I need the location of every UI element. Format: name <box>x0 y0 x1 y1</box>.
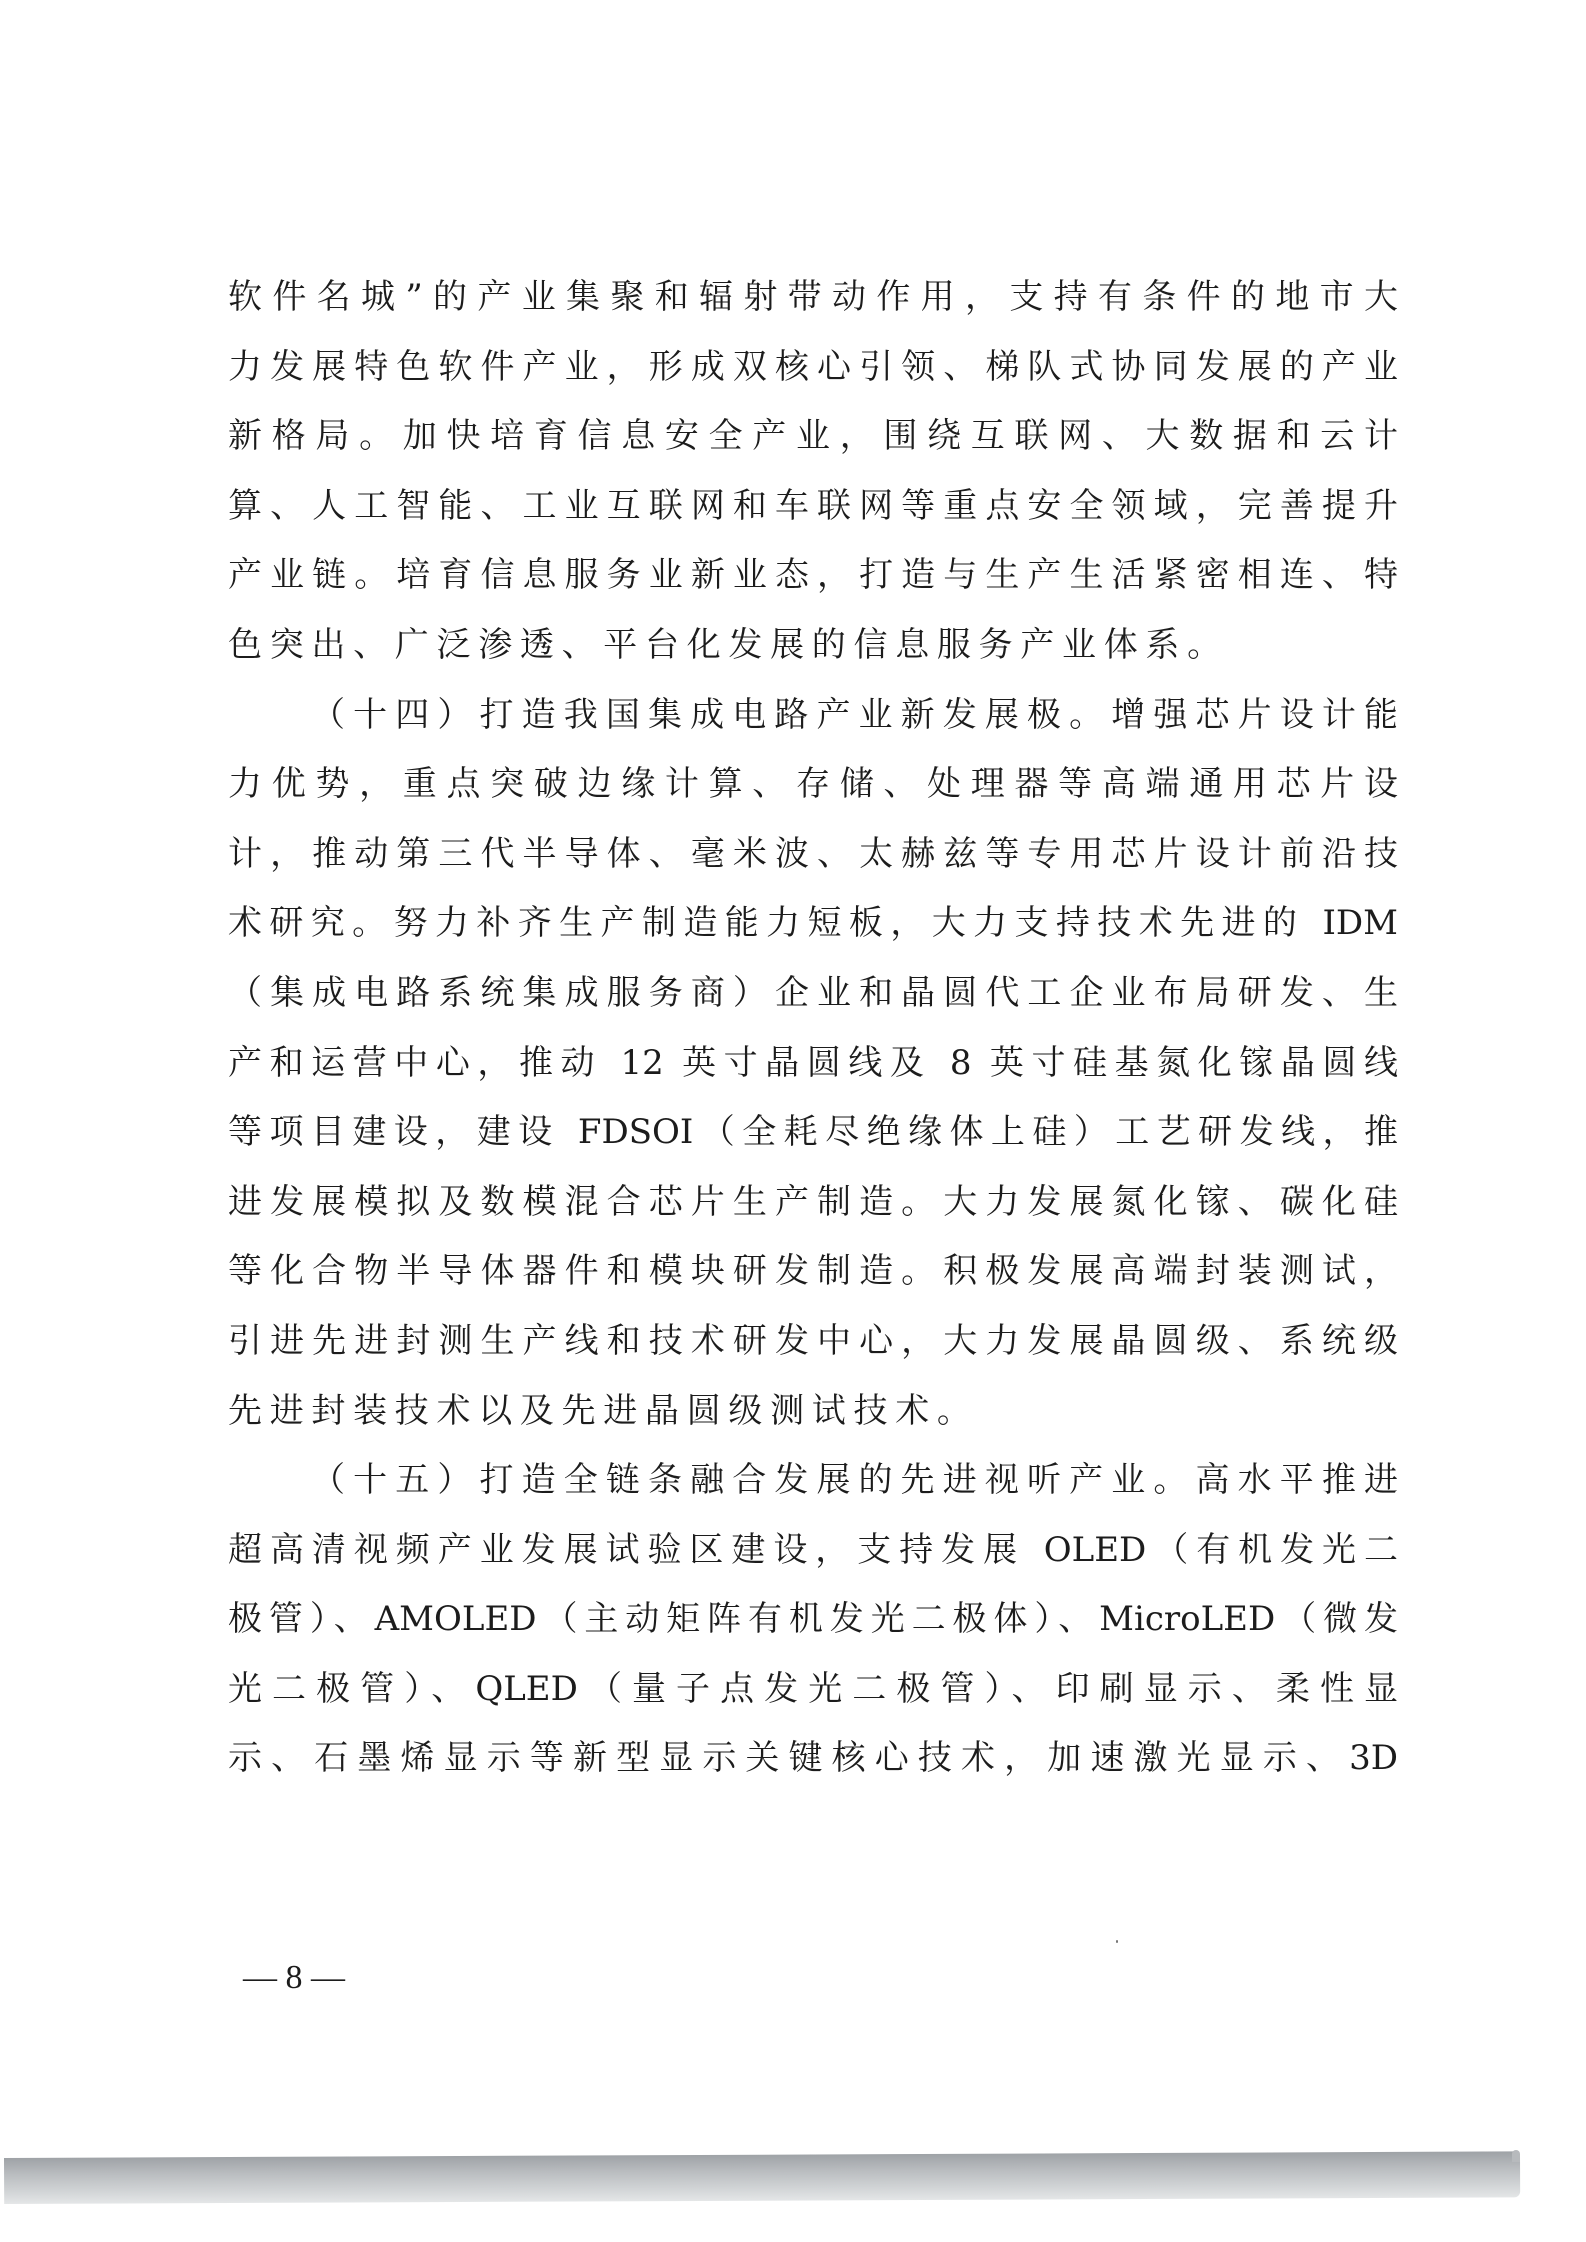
text-line: 计，推动第三代半导体、毫米波、太赫兹等专用芯片设计前沿技 <box>228 829 1398 899</box>
scanner-edge-tip <box>1512 2150 1520 2162</box>
text-line: 等化合物半导体器件和模块研发制造。积极发展高端封装测试， <box>228 1246 1398 1316</box>
text-line: 进发展模拟及数模混合芯片生产制造。大力发展氮化镓、碳化硅 <box>228 1177 1398 1247</box>
scan-speck <box>1116 1940 1118 1943</box>
body-text: 软件名城”的产业集聚和辐射带动作用，支持有条件的地市大 力发展特色软件产业，形成… <box>228 272 1398 1803</box>
text-line: （集成电路系统集成服务商）企业和晶圆代工企业布局研发、生 <box>228 968 1398 1038</box>
scanner-edge-shadow <box>4 2151 1520 2204</box>
text-line-paragraph-end: 色突出、广泛渗透、平台化发展的信息服务产业体系。 <box>228 620 1398 690</box>
text-line: 新格局。加快培育信息安全产业，围绕互联网、大数据和云计 <box>228 411 1398 481</box>
document-page: 软件名城”的产业集聚和辐射带动作用，支持有条件的地市大 力发展特色软件产业，形成… <box>0 0 1586 2242</box>
text-line: 示、石墨烯显示等新型显示关键核心技术，加速激光显示、3D <box>228 1733 1398 1803</box>
text-line: 光二极管）、QLED（量子点发光二极管）、印刷显示、柔性显 <box>228 1664 1398 1734</box>
text-line: 超高清视频产业发展试验区建设，支持发展 OLED（有机发光二 <box>228 1525 1398 1595</box>
text-line: 术研究。努力补齐生产制造能力短板，大力支持技术先进的 IDM <box>228 898 1398 968</box>
text-line: 软件名城”的产业集聚和辐射带动作用，支持有条件的地市大 <box>228 272 1398 342</box>
text-line: 引进先进封测生产线和技术研发中心，大力发展晶圆级、系统级 <box>228 1316 1398 1386</box>
text-line: 产业链。培育信息服务业新业态，打造与生产生活紧密相连、特 <box>228 550 1398 620</box>
text-line: 力发展特色软件产业，形成双核心引领、梯队式协同发展的产业 <box>228 342 1398 412</box>
text-line: 算、人工智能、工业互联网和车联网等重点安全领域，完善提升 <box>228 481 1398 551</box>
section-heading-line: （十五）打造全链条融合发展的先进视听产业。高水平推进 <box>228 1455 1398 1525</box>
text-line: 等项目建设，建设 FDSOI（全耗尽绝缘体上硅）工艺研发线，推 <box>228 1107 1398 1177</box>
page-number: — 8 — <box>243 1958 345 1998</box>
text-line: 极管）、AMOLED（主动矩阵有机发光二极体）、MicroLED（微发 <box>228 1594 1398 1664</box>
section-heading-line: （十四）打造我国集成电路产业新发展极。增强芯片设计能 <box>228 690 1398 760</box>
text-line: 力优势，重点突破边缘计算、存储、处理器等高端通用芯片设 <box>228 759 1398 829</box>
text-line: 产和运营中心，推动 12 英寸晶圆线及 8 英寸硅基氮化镓晶圆线 <box>228 1038 1398 1108</box>
text-line-paragraph-end: 先进封装技术以及先进晶圆级测试技术。 <box>228 1386 1398 1456</box>
